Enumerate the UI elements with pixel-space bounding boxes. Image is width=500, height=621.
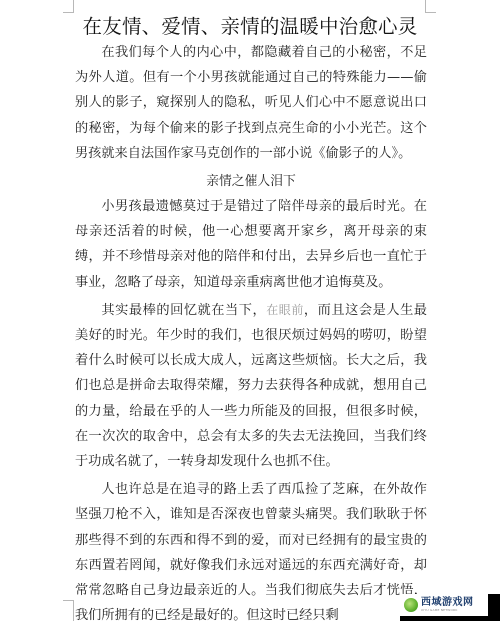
watermark-logo: 西域游戏网 XIYU GAME NETWORK: [400, 594, 488, 616]
document-title: 在友情、爱情、亲情的温暖中治愈心灵: [0, 11, 500, 39]
site-watermark: 西域游戏网 XIYU GAME NETWORK: [400, 594, 500, 621]
section-heading: 亲情之催人泪下: [75, 169, 427, 194]
document-page: 在友情、爱情、亲情的温暖中治愈心灵 在我们每个人的内心中，都隐藏着自己的小秘密，…: [0, 0, 500, 621]
watermark-site-name: 西域游戏网: [421, 598, 474, 608]
faded-text: 在眼前: [266, 303, 304, 317]
watermark-text-group: 西域游戏网 XIYU GAME NETWORK: [421, 598, 474, 612]
section-paragraph-1: 小男孩最遗憾莫过于是错过了陪伴母亲的最后时光。在母亲还活着的时候，他一心想要离开…: [75, 194, 427, 295]
paragraph-2-start: 其实最棒的回忆就在当下，: [101, 303, 266, 318]
intro-paragraph: 在我们每个人的内心中，都隐藏着自己的小秘密，不足为外人道。但有一个小男孩就能通过…: [75, 40, 427, 166]
crop-mark-bottom-left: [63, 600, 74, 621]
section-paragraph-2: 其实最棒的回忆就在当下，在眼前，而且这会是人生最美好的时光。年少时的我们，也很厌…: [75, 298, 427, 474]
leaf-globe-icon: [404, 598, 418, 612]
section-paragraph-3: 人也许总是在追寻的路上丢了西瓜捡了芝麻，在外故作坚强刀枪不入，谁知是否深夜也曾蒙…: [75, 477, 427, 621]
document-body: 在我们每个人的内心中，都隐藏着自己的小秘密，不足为外人道。但有一个小男孩就能通过…: [75, 40, 427, 621]
watermark-subtitle: XIYU GAME NETWORK: [421, 609, 474, 612]
paragraph-2-rest: ，而且这会是人生最美好的时光。年少时的我们，也很厌烦过妈妈的唠叨，盼望着什么时候…: [75, 303, 427, 469]
